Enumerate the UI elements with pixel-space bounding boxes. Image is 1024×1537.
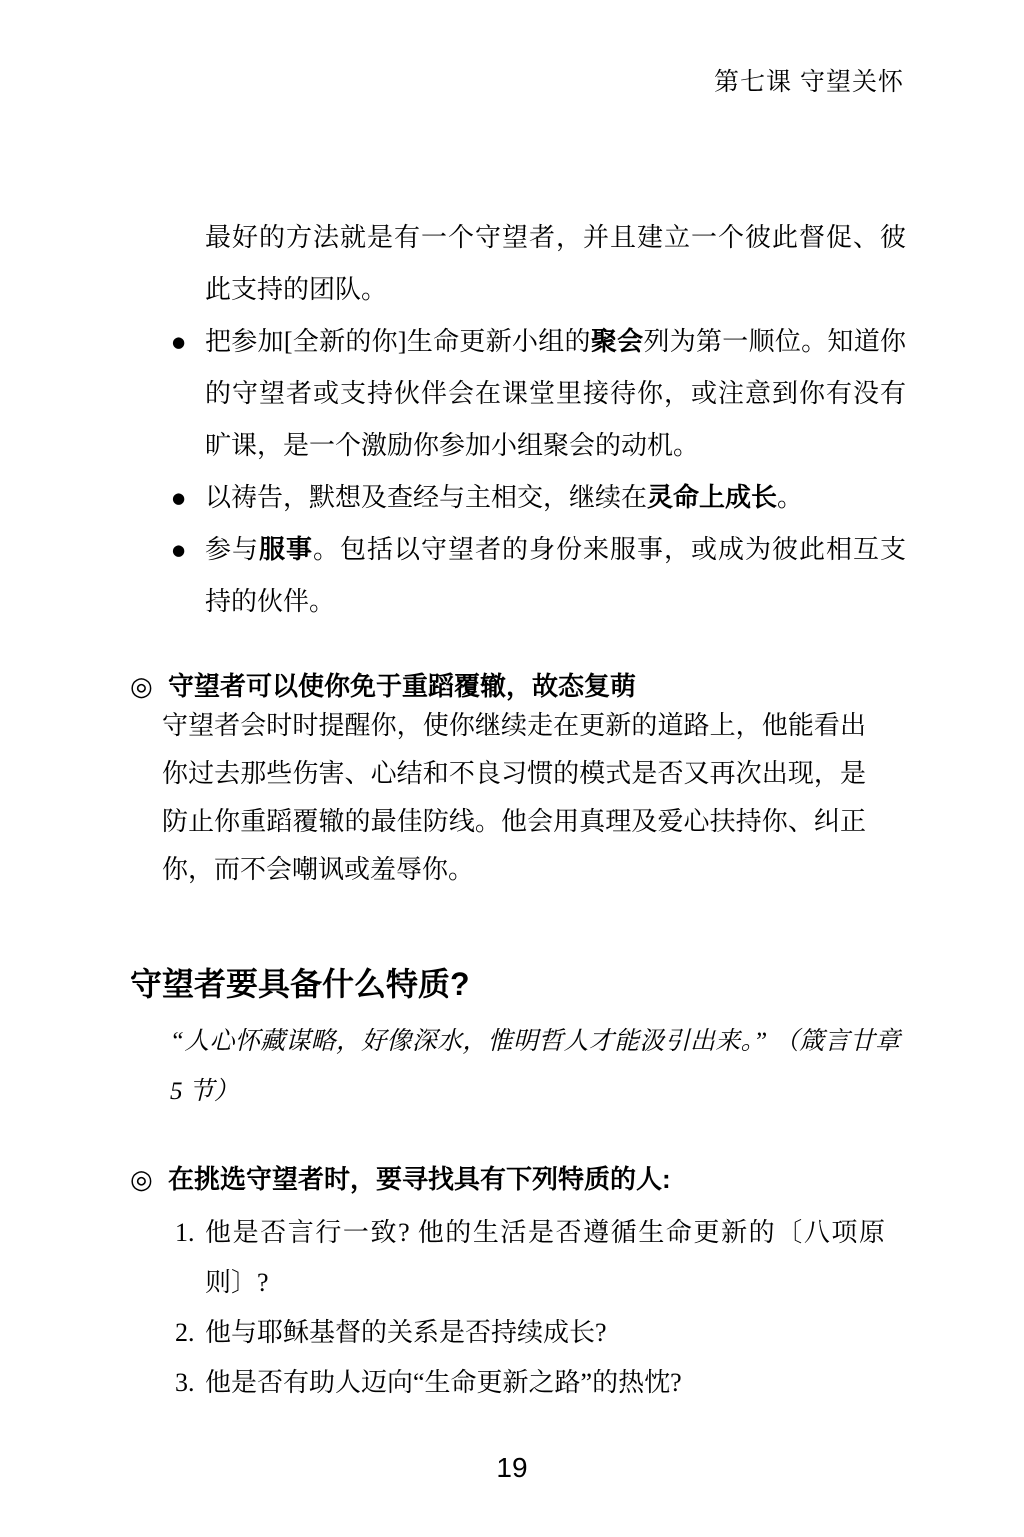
bullet-icon: ● bbox=[172, 316, 185, 368]
bold-text: 服事 bbox=[259, 535, 313, 564]
list-item-text: 参与服事。包括以守望者的身份来服事，或成为彼此相互支持的伙伴。 bbox=[205, 535, 906, 616]
item-text: 他是否有助人迈向“生命更新之路”的热忱? bbox=[205, 1368, 682, 1397]
item-number: 1. bbox=[175, 1208, 195, 1258]
section-marker-icon: ◎ bbox=[130, 670, 153, 702]
section-body: 守望者会时时提醒你，使你继续走在更新的道路上，他能看出你过去那些伤害、心结和不良… bbox=[130, 702, 866, 894]
section-marker-icon: ◎ bbox=[130, 1163, 153, 1195]
numbered-item: 3. 他是否有助人迈向“生命更新之路”的热忱? bbox=[130, 1358, 885, 1408]
numbered-item: 1. 他是否言行一致? 他的生活是否遵循生命更新的〔八项原则〕? bbox=[130, 1208, 885, 1308]
bold-text: 灵命上成长 bbox=[647, 483, 777, 512]
item-text: 他是否言行一致? 他的生活是否遵循生命更新的〔八项原则〕? bbox=[205, 1218, 885, 1297]
list-item-text: 把参加[全新的你]生命更新小组的聚会列为第一顺位。知道你的守望者或支持伙伴会在课… bbox=[205, 327, 906, 460]
bold-text: 聚会 bbox=[591, 327, 644, 356]
section-title: ◎ 守望者可以使你免于重蹈覆辙，故态复萌 bbox=[130, 670, 906, 702]
numbered-list: 1. 他是否言行一致? 他的生活是否遵循生命更新的〔八项原则〕? 2. 他与耶稣… bbox=[130, 1208, 885, 1408]
page-number: 19 bbox=[0, 1452, 1024, 1484]
scripture-quote: “人心怀藏谋略，好像深水，惟明哲人才能汲引出来。” （箴言廿章 5 节） bbox=[170, 1017, 900, 1117]
list-item: ● 参与服事。包括以守望者的身份来服事，或成为彼此相互支持的伙伴。 bbox=[130, 524, 906, 628]
item-number: 3. bbox=[175, 1358, 195, 1408]
text-segment: 参与 bbox=[205, 535, 259, 564]
numbered-item: 2. 他与耶稣基督的关系是否持续成长? bbox=[130, 1308, 885, 1358]
bullet-icon: ● bbox=[172, 524, 185, 576]
paragraph-continuation: 最好的方法就是有一个守望者，并且建立一个彼此督促、彼此支持的团队。 bbox=[130, 212, 906, 316]
text-segment: 以祷告，默想及查经与主相交，继续在 bbox=[205, 483, 647, 512]
section-select-watchman: ◎ 在挑选守望者时，要寻找具有下列特质的人: bbox=[130, 1163, 906, 1195]
item-number: 2. bbox=[175, 1308, 195, 1358]
list-item: ● 把参加[全新的你]生命更新小组的聚会列为第一顺位。知道你的守望者或支持伙伴会… bbox=[130, 316, 906, 472]
list-item: ● 以祷告，默想及查经与主相交，继续在灵命上成长。 bbox=[130, 472, 906, 524]
document-page: 第七课 守望关怀 最好的方法就是有一个守望者，并且建立一个彼此督促、彼此支持的团… bbox=[0, 0, 1024, 1537]
chapter-header: 第七课 守望关怀 bbox=[714, 62, 904, 98]
text-segment: 。 bbox=[777, 483, 803, 512]
item-text: 他与耶稣基督的关系是否持续成长? bbox=[205, 1318, 607, 1347]
section-title-text: 守望者可以使你免于重蹈覆辙，故态复萌 bbox=[168, 671, 636, 701]
section-title-text: 在挑选守望者时，要寻找具有下列特质的人: bbox=[168, 1164, 671, 1194]
section-avoid-relapse: ◎ 守望者可以使你免于重蹈覆辙，故态复萌 守望者会时时提醒你，使你继续走在更新的… bbox=[130, 670, 906, 894]
bullet-icon: ● bbox=[172, 472, 185, 524]
qualities-heading: 守望者要具备什么特质? bbox=[130, 964, 470, 1004]
bullet-list: 最好的方法就是有一个守望者，并且建立一个彼此督促、彼此支持的团队。 ● 把参加[… bbox=[130, 212, 906, 628]
list-item-text: 以祷告，默想及查经与主相交，继续在灵命上成长。 bbox=[205, 483, 803, 512]
text-segment: 把参加[全新的你]生命更新小组的 bbox=[205, 327, 591, 356]
section-title: ◎ 在挑选守望者时，要寻找具有下列特质的人: bbox=[130, 1163, 906, 1195]
